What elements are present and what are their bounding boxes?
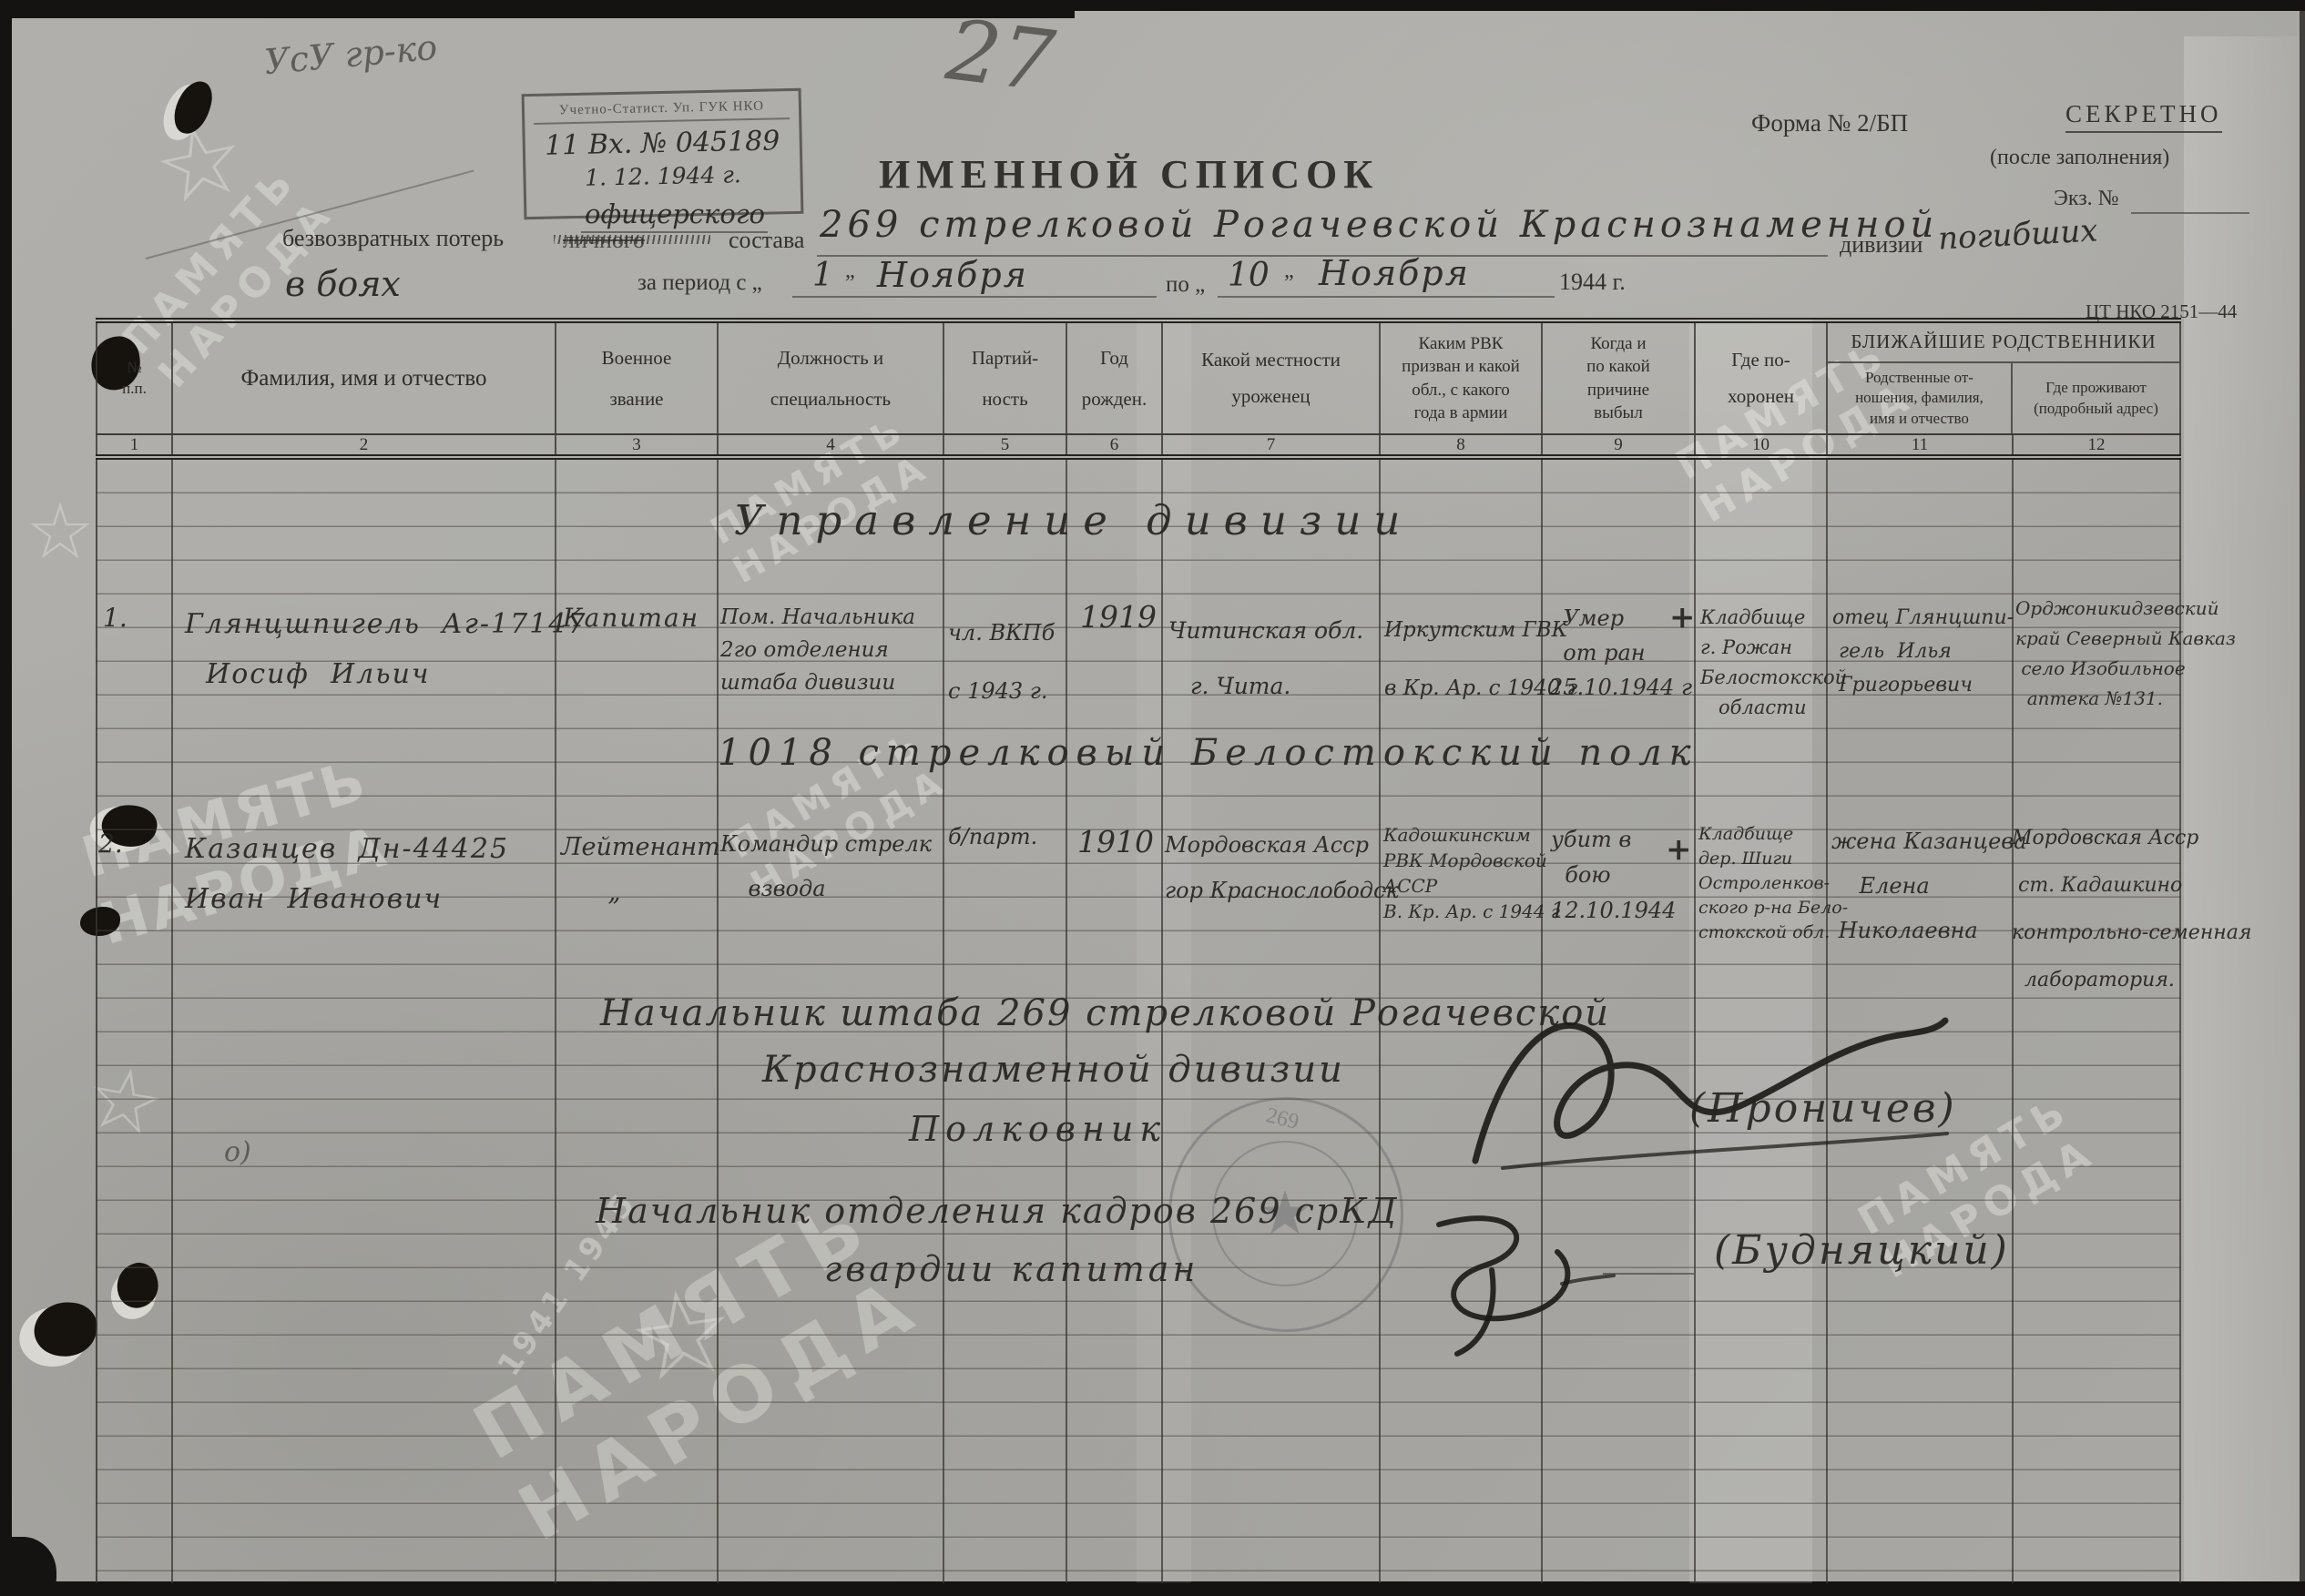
relatives-subheaders: Родственные от- ношения, фамилия, имя и … bbox=[1828, 363, 2179, 433]
row-birth-year: 1910 bbox=[1077, 824, 1154, 859]
document-title: ИМЕННОЙ СПИСОК bbox=[879, 151, 1379, 198]
paper-hole bbox=[31, 1298, 100, 1361]
quote-mark: ” bbox=[1284, 271, 1294, 296]
stamp-org-line: Учетно-Статист. Уп. ГУК НКО bbox=[534, 91, 790, 125]
row-birthplace: Мордовская Асср гор Краснослободск bbox=[1165, 822, 1399, 913]
row-number: 1. bbox=[103, 603, 127, 633]
signoff2-surname: (Будняцкий) bbox=[1714, 1227, 2010, 1274]
col-header-position: Должность и специальность bbox=[719, 323, 944, 433]
stamp-incoming-number: 11 Вх. № 045189 bbox=[525, 125, 800, 162]
officer-correction: офицерского bbox=[585, 198, 765, 229]
copy-number-label: Экз. № bbox=[2054, 187, 2119, 211]
form-number-label: Форма № 2/БП bbox=[1751, 109, 1908, 137]
column-number-row: 1 2 3 4 5 6 7 8 9 10 11 12 bbox=[96, 435, 2181, 460]
seal-number: 269 bbox=[1263, 1103, 1300, 1135]
row-party: чл. ВКПб с 1943 г. bbox=[948, 604, 1055, 720]
division-label: дивизии bbox=[1840, 231, 1923, 259]
col-number: 7 bbox=[1163, 435, 1381, 454]
scan-edge-bottom bbox=[0, 1581, 2305, 1596]
col-number: 8 bbox=[1381, 435, 1543, 454]
col-group-relatives: БЛИЖАЙШИЕ РОДСТВЕННИКИ Родственные от- н… bbox=[1828, 323, 2181, 433]
secret-label: СЕКРЕТНО bbox=[2065, 100, 2222, 133]
period-to-line bbox=[1218, 296, 1555, 298]
col-header-drafted-by: Каким РВК призван и какой обл., с какого… bbox=[1381, 323, 1543, 433]
period-from-day: 1 bbox=[812, 257, 833, 294]
scan-edge-top-left bbox=[0, 0, 1075, 18]
row-relatives-address: Мордовская Асср ст. Кадашкино контрольно… bbox=[2012, 815, 2251, 1004]
signoff2-title-line1: Начальник отделения кадров 269 срКД bbox=[596, 1191, 1399, 1231]
star-icon: ☆ bbox=[25, 487, 95, 577]
col-number: 5 bbox=[944, 435, 1067, 454]
col-number: 11 bbox=[1828, 435, 2014, 454]
row-number: 2. bbox=[98, 828, 123, 859]
col-header-relatives: Родственные от- ношения, фамилия, имя и … bbox=[1828, 363, 2013, 433]
col-number: 9 bbox=[1543, 435, 1696, 454]
signoff1-rank: Полковник bbox=[909, 1109, 1167, 1149]
row-position: Командир стрелк взвода bbox=[720, 822, 932, 911]
row-birth-year: 1919 bbox=[1080, 599, 1157, 635]
budnyatsky-signature bbox=[1402, 1197, 1621, 1361]
row-burial-place: Кладбище дер. Шиги Остроленков- ского р-… bbox=[1698, 822, 1848, 945]
row-relatives: отец Глянцшпи- гель Илья Григорьевич bbox=[1832, 601, 2014, 702]
col-header-name: Фамилия, имя и отчество bbox=[173, 323, 556, 433]
period-to-label: по „ bbox=[1166, 272, 1205, 298]
col-header-birth-year: Год рожден. bbox=[1067, 323, 1163, 433]
after-fill-label: (после заполнения) bbox=[1990, 146, 2169, 170]
row-relatives-address: Орджоникидзевский край Северный Кавказ с… bbox=[2015, 594, 2236, 714]
row-drafted-by: Кадошкинским РВК Мордовской АССР В. Кр. … bbox=[1383, 822, 1560, 924]
period-from-month: Ноября bbox=[877, 255, 1028, 295]
scan-edge-right bbox=[2300, 0, 2305, 1596]
col-header-party: Партий- ность bbox=[944, 323, 1067, 433]
col-header-index: № п.п. bbox=[96, 323, 173, 433]
period-to-month: Ноября bbox=[1319, 253, 1470, 293]
page-number-handwritten: 27 bbox=[942, 1, 1059, 110]
col-number: 4 bbox=[719, 435, 944, 454]
col-number: 1 bbox=[96, 435, 173, 454]
col-number: 12 bbox=[2014, 435, 2181, 454]
period-from-line bbox=[792, 296, 1157, 298]
row-position: Пом. Начальника 2го отделения штаба диви… bbox=[720, 601, 915, 699]
signoff1-title-line2: Краснознаменной дивизии bbox=[762, 1049, 1345, 1091]
signature-dash-line bbox=[1603, 1273, 1694, 1275]
signoff1-surname: (Проничев) bbox=[1689, 1085, 1957, 1132]
cross-mark: + bbox=[1669, 599, 1696, 635]
quote-mark: ” bbox=[845, 271, 855, 296]
row-name: Глянцшпигель Аг-17147 Иосиф Ильич bbox=[185, 599, 586, 699]
col-number: 3 bbox=[556, 435, 719, 454]
cross-mark: + bbox=[1666, 831, 1692, 868]
row-fate: убит в бою 12.10.1944 bbox=[1551, 822, 1676, 929]
col-header-burial: Где по- хоронен bbox=[1696, 323, 1828, 433]
period-year: 1944 г. bbox=[1559, 269, 1626, 296]
col-number: 2 bbox=[173, 435, 556, 454]
in-battles-handwritten: в боях bbox=[285, 264, 401, 304]
col-number: 6 bbox=[1067, 435, 1163, 454]
col-header-address: Где проживают (подробный адрес) bbox=[2013, 363, 2179, 433]
sostava-label: состава bbox=[729, 227, 804, 254]
col-header-fate: Когда и по какой причине выбыл bbox=[1543, 323, 1696, 433]
row-party: б/парт. bbox=[948, 824, 1037, 849]
row-relatives: жена Казанцева Елена Николаевна bbox=[1831, 819, 2027, 953]
copy-number-line bbox=[2131, 212, 2249, 214]
division-name-handwritten: 269 стрелковой Рогачевской Краснознаменн… bbox=[820, 204, 1938, 246]
row-birthplace: Читинская обл. г. Чита. bbox=[1168, 603, 1363, 714]
row-burial-place: Кладбище г. Рожан Белостокской области bbox=[1700, 603, 1847, 723]
scanned-document-sheet: ПАМЯТЬ НАРОДА ПАМЯТЬ НАРОДА ПАМЯТЬ НАРОД… bbox=[0, 0, 2305, 1596]
relatives-group-title: БЛИЖАЙШИЕ РОДСТВЕННИКИ bbox=[1828, 323, 2179, 363]
col-header-birthplace: Какой местности уроженец bbox=[1163, 323, 1381, 433]
col-number: 10 bbox=[1696, 435, 1828, 454]
scan-corner-blob bbox=[0, 1537, 56, 1596]
table-header-row: № п.п. Фамилия, имя и отчество Военное з… bbox=[96, 318, 2181, 435]
scan-edge-left bbox=[0, 0, 12, 1596]
row-name: Казанцев Дн-44425 Иван Иванович bbox=[185, 824, 509, 924]
strike-scribble bbox=[554, 235, 710, 244]
losses-label: безвозвратных потерь bbox=[282, 225, 504, 252]
signoff2-rank: гвардии капитан bbox=[824, 1249, 1198, 1289]
pencil-note: УсУ гр-ко bbox=[262, 27, 438, 82]
row-rank: Лейтенант „ bbox=[561, 825, 720, 916]
period-label: за период с „ bbox=[637, 270, 762, 296]
row-rank: Капитан bbox=[563, 603, 699, 633]
perished-handwritten: погибших bbox=[1937, 212, 2098, 257]
paper-right-margin-highlight bbox=[2184, 36, 2300, 1581]
section-heading-1018-regiment: 1018 стрелковый Белостокский полк bbox=[718, 732, 1698, 774]
section-heading-division-hq: Управление дивизии bbox=[734, 496, 1413, 544]
stamp-date: 1. 12. 1944 г. bbox=[525, 160, 801, 192]
col-header-rank: Военное звание bbox=[556, 323, 719, 433]
period-to-day: 10 bbox=[1228, 257, 1270, 294]
